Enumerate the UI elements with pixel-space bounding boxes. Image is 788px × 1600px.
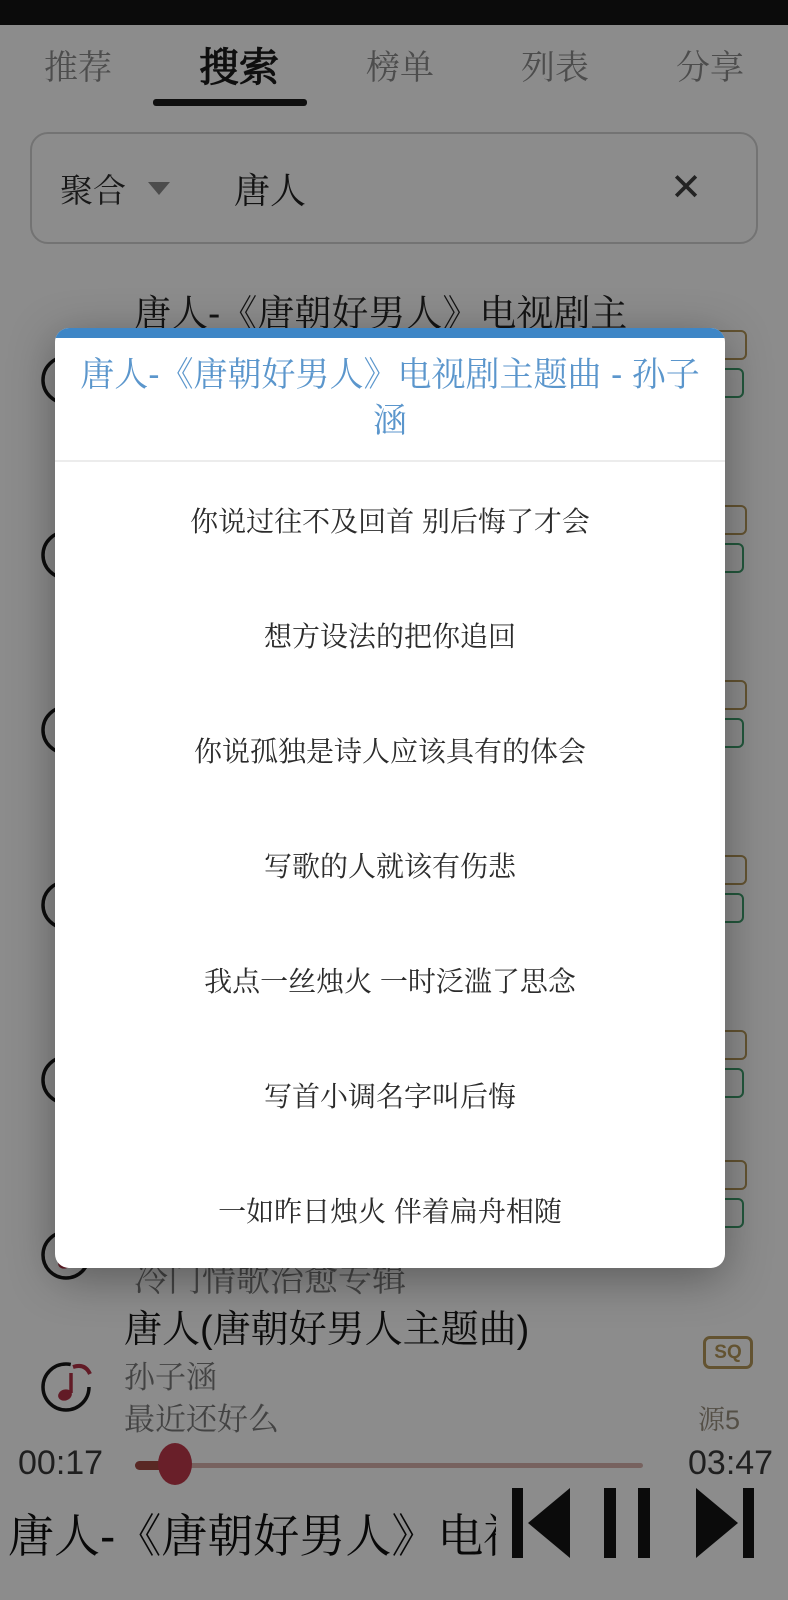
lyric-line: 一如昨日烛火 伴着扁舟相随 <box>55 1153 725 1268</box>
lyric-list: 你说过往不及回首 别后悔了才会 想方设法的把你追回 你说孤独是诗人应该具有的体会… <box>55 462 725 1268</box>
lyric-line: 我点一丝烛火 一时泛滥了思念 <box>55 923 725 1038</box>
app-screen: 推荐 搜索 榜单 列表 分享 聚合 唐人 ✕ 唐人-《唐朝好男人》电视剧主 冷门… <box>0 0 788 1600</box>
lyric-line: 写首小调名字叫后悔 <box>55 1038 725 1153</box>
dialog-accent-bar <box>55 328 725 338</box>
lyric-line: 你说过往不及回首 别后悔了才会 <box>55 462 725 577</box>
lyric-dialog: 唐人-《唐朝好男人》电视剧主题曲 - 孙子涵 你说过往不及回首 别后悔了才会 想… <box>55 328 725 1268</box>
dialog-title: 唐人-《唐朝好男人》电视剧主题曲 - 孙子涵 <box>55 338 725 460</box>
lyric-line: 你说孤独是诗人应该具有的体会 <box>55 692 725 807</box>
lyric-line: 写歌的人就该有伤悲 <box>55 807 725 922</box>
lyric-line: 想方设法的把你追回 <box>55 577 725 692</box>
